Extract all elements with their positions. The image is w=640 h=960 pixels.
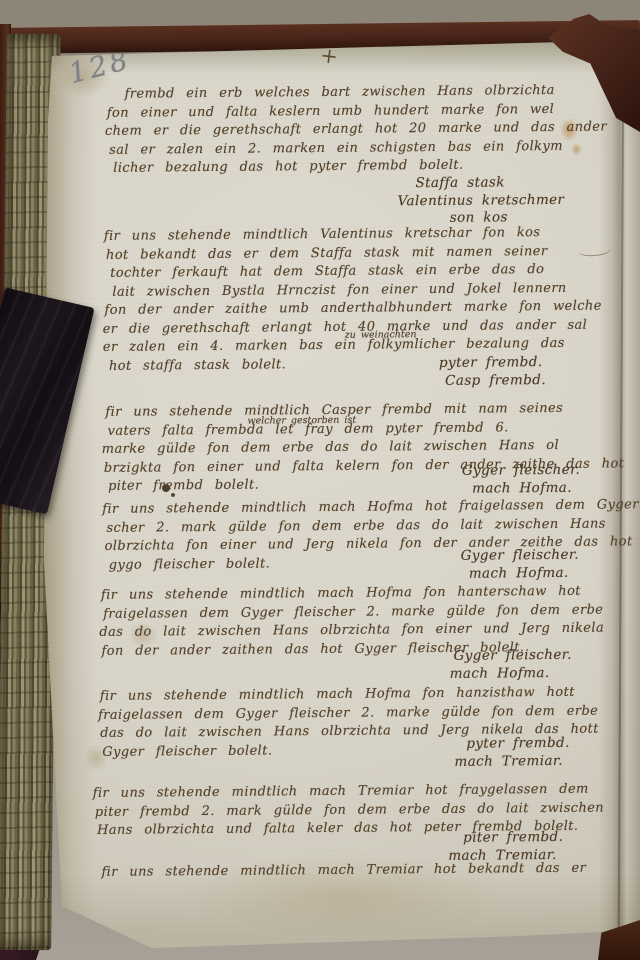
signature-line: mach Hofma. [450,664,572,683]
entry-line: fir uns stehende mindtlich mach Tremiar … [101,859,625,882]
signature-line: Gyger fleischer. [453,647,571,666]
interlinear-insertion: zu weinachten [345,326,417,345]
interlinear-insertion: welcher gestorben ist [247,412,356,431]
signature-block: Gyger fleischer. mach Hofma. [439,647,572,683]
signature-block: Staffa stask Valentinus kretschmer son k… [397,174,564,228]
entry-paragraph: fir uns stehende mindtlich Valentinus kr… [104,223,621,375]
signature-line: mach Hofma. [472,479,580,497]
signature-line: Staffa stask [415,174,564,193]
signature-line: piter frembd. [463,829,563,847]
signature-line: pyter frembd. [439,354,546,372]
signature-line: Valentinus kretschmer [397,191,564,210]
signature-block: Gyger fleischer. mach Hofma. [462,462,581,498]
manuscript-photo: 128 + frembd ein erb welches bart zwisch… [0,0,640,960]
signature-block: pyter frembd. Casp frembd. [431,354,546,390]
signature-line: mach Hofma. [469,564,579,582]
signature-block: Gyger fleischer. mach Hofma. [461,547,580,583]
signature-line: Casp frembd. [445,372,546,390]
handwritten-text-layer: 128 + frembd ein erb welches bart zwisch… [0,0,640,960]
signature-block: pyter frembd. mach Tremiar. [454,735,570,771]
signature-line: Gyger fleischer. [462,462,580,481]
manuscript-page: 128 + frembd ein erb welches bart zwisch… [0,0,640,960]
signature-line: Gyger fleischer. [461,547,579,566]
signature-line: pyter frembd. [466,735,570,753]
entry-paragraph: frembd ein erb welches bart zwischen Han… [103,81,620,178]
entry-paragraph: fir uns stehende mindtlich mach Tremiar … [109,859,625,882]
signature-line: mach Tremiar. [454,752,570,771]
